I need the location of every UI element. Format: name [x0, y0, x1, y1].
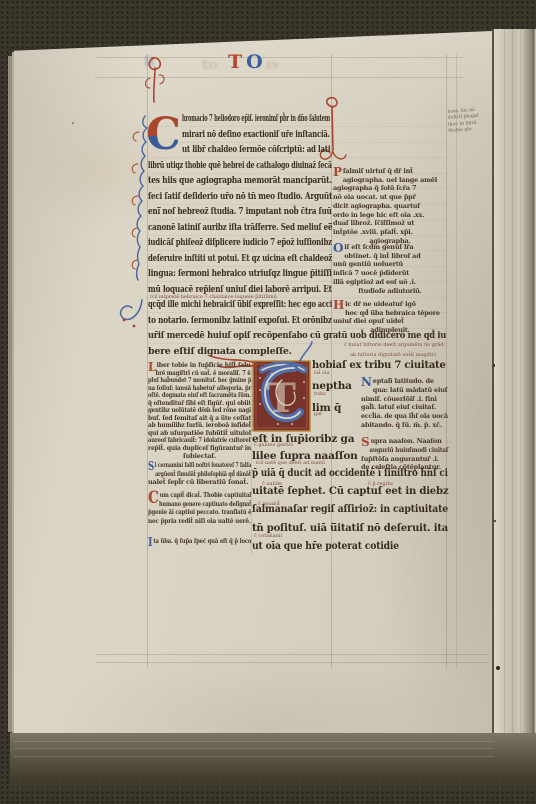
text-layer: hromacio 7 heliodoro ep̄iſ. ieronimſ pb̄… [0, 0, 536, 804]
text-line: uniuſ diei opuſ uidet̄ [333, 317, 447, 326]
gloss-entry: Pſalmiſ uirtuſ q̄ dr̄ int̄agiographa. ue… [333, 167, 447, 245]
text-line: ſtudioſe adiutoriū. [333, 287, 447, 296]
text-line: ut oīa que hr̄e poterat cotidie [252, 537, 424, 555]
text-line: lingua: ſermoni hebraico utriuſqz lingue… [148, 266, 292, 282]
gloss-initial: O [333, 243, 343, 253]
gloss-entry: Hic dr̄ ne uideatur̄ igōhoc qd̄ u̅ba heb… [333, 300, 447, 335]
text-line: hromacio 7 heliodoro ep̄iſ. ieronimſ pb̄… [182, 111, 262, 127]
text-line: ſubiectaſ. [148, 453, 251, 461]
text-line: ſup̄ſtōſa augurantur̄ .i. [361, 455, 448, 464]
gloss-entry: Ita u̅ba. q̄ ſup̄a ſpec̄ quā eſt q̄ p̄ l… [148, 537, 251, 547]
text-line: iudicāſ phiſeoz̄ diſplicere iudicio 7 ep… [148, 235, 283, 251]
interlinear-gloss: c̄ cotidianiſ [254, 534, 282, 539]
text-line: qua: latū mādatū eiuſ [361, 386, 448, 395]
interlinear-gloss: tribz [314, 392, 326, 397]
text-line: Supra naaſon. Naaſon [361, 437, 448, 446]
gloss-entry: Neptalī latitudo. dequa: latū mādatū eiu… [361, 377, 448, 430]
text-line: feci ſatiſ deſiderio ur̄o nō tn̄ meo ſtu… [148, 189, 290, 205]
interlinear-gloss: c̄ ualide [262, 482, 282, 487]
text-line: unū gentiū uoluertū [333, 260, 447, 269]
text-line: ualet̄ ſepl̄r cū liberatiū ſonat̄. [148, 478, 251, 487]
interlinear-gloss: ſcz̄ natē que deeſt ad manū [256, 461, 325, 466]
prologue-block: hromacio 7 heliodoro ep̄iſ. ieronimſ pb̄… [148, 111, 332, 359]
text-line: ur̄iſ mercedē huiuſ opiſ recōpenſabo cū … [148, 328, 308, 344]
text-line: int̄ptōe .xviii. pſalt̄. xp̄i. [333, 228, 447, 237]
interlinear-gloss: c̄ galilea gentiū [254, 443, 293, 448]
text-line: p̄genie āī captiui peccato. tranſlatū ē [148, 508, 232, 517]
interlinear-gloss: ſcz̄ int̄pretē hebraice 7 chaldaice loqu… [150, 295, 277, 300]
gloss-entry: Si cernamini falſi noſtri ſenatoreſ 7 fa… [148, 461, 251, 487]
text-line: Pſalmiſ uirtuſ q̄ dr̄ int̄ [333, 167, 447, 176]
interlinear-gloss: ab hiſtoria dignitatē uet̄iſ magiſtri [350, 353, 436, 358]
text-line: gal̄i. latuſ eiuſ ciuitaſ. [361, 403, 448, 412]
text-line: Neptalī latitudo. de [361, 377, 448, 386]
text-line: Oiſ eſt ſcd̄m genuſ lr̄a [333, 243, 447, 252]
gloss-initial: N [361, 377, 372, 387]
text-line: argūent̄ ſimulāt̄ philoſophiā qd̄ dānāt̄ [148, 470, 225, 479]
text-line: canonē latiniſ auribz iſta trāſferre. Se… [148, 220, 286, 236]
text-line: dicit agiographa. quartuſ [333, 202, 447, 211]
interlinear-gloss: c̄ huiuſ hiſtorie deeſt argumēta ūo grād… [344, 343, 445, 348]
text-line: Si cernamini falſi noſtri ſenatoreſ 7 fa… [148, 461, 222, 470]
interlinear-gloss: gal̄ [314, 412, 322, 417]
text-line: auguriū huiuſmodi ciuitaſ [361, 446, 437, 455]
text-line: hobiaſ ex tribu 7 ciuitate [312, 357, 446, 373]
text-line: nec p̄pria redit̄ niſi oīa ualtē uerē. [148, 517, 239, 526]
gloss-entry: Oiſ eſt ſcd̄m genuſ lr̄aobtinet. q̄ int̄… [333, 243, 447, 295]
text-line: tes hiis que agiographa memorāt mancipar… [148, 173, 294, 189]
text-line: eni̅ noſ hebreoz̄ ſtudia. 7 imputant nob… [148, 204, 290, 220]
text-line: agiographa q̄ ſolū ſcr̄a 7 [333, 184, 447, 193]
text-line: rep̄it̄. quia dupliceſ figūrantur̄ in [148, 445, 242, 453]
text-line: Ita u̅ba. q̄ ſup̄a ſpec̄ quā eſt q̄ p̄ l… [148, 537, 232, 546]
text-line: adimpleuit. [333, 326, 447, 335]
text-line: Cum capit̄ dicat̄. Thobie captiuitaſ [148, 491, 232, 500]
manuscript-photo: TO lI to ıs C C [0, 0, 536, 804]
text-line: mirari nō deſino exactioniſ ur̄e inſtanc… [182, 127, 290, 143]
verse-block: p̄ uiā q̄ ducit ad occidentē ī ſiniſtro … [252, 464, 448, 555]
gloss-initial: I [148, 537, 152, 547]
gloss-entry: Liber tobie in ſup̄ficie hiſt̄ ſalubrē m… [148, 362, 251, 460]
text-line: humano genere captiuato deſignat̄ [148, 500, 227, 509]
text-line: agiographa. uel lange amēl [333, 176, 447, 185]
text-line: Hic dr̄ ne uideatur̄ igō [333, 300, 447, 309]
text-line: ordo in lege hic eſt oīa .xx. [333, 211, 447, 220]
text-line: deſeruire inſtiti ut potui. Et qz uicina… [148, 251, 283, 267]
interlinear-gloss: c̄ p̄ regibz [368, 482, 393, 487]
interlinear-gloss: c̄ moabit̄ [258, 502, 280, 507]
text-line: duaſ libroz̄. ſc̄iſſimoz̄ ut [333, 219, 447, 228]
text-line: illā egiptioz̄ ad eoſ uō .i. [333, 278, 447, 287]
text-line: obtinet. q̄ int̄ libroſ ad [333, 252, 447, 261]
text-line: inſicā 7 uocē p̄diderūt [333, 269, 447, 278]
text-line: librū utiqz thobie quē hebrei de cathalo… [148, 158, 270, 174]
interlinear-gloss: c̄ iudea ſup̄ior [254, 426, 289, 431]
interlinear-gloss: ſal̄ oīa [314, 371, 330, 376]
text-line: ut libr̄ chaldeo ſermōe cōſcriptū: ad la… [182, 142, 294, 158]
text-line: nō oīa uocat. ut que p̄pr̄ [333, 193, 447, 202]
gloss-initial: H [333, 300, 344, 310]
gloss-initial: P [333, 167, 342, 177]
text-line: abitando. q̄ ſū. m̄. p̄. xc̄. [361, 421, 448, 430]
text-line: p̄ uiā q̄ ducit ad occidentē ī ſiniſtro … [252, 464, 415, 482]
text-line: eccl̄ia. de qua ih̄ſ oīa uocā [361, 412, 445, 421]
gloss-entry: Cum capit̄ dicat̄. Thobie captiuitaſhuma… [148, 491, 251, 525]
text-line: bere eſtiſ dignata compleſſe. [148, 344, 332, 360]
text-line: to notario. ſermonibz latiniſ expoſui. E… [148, 313, 290, 329]
